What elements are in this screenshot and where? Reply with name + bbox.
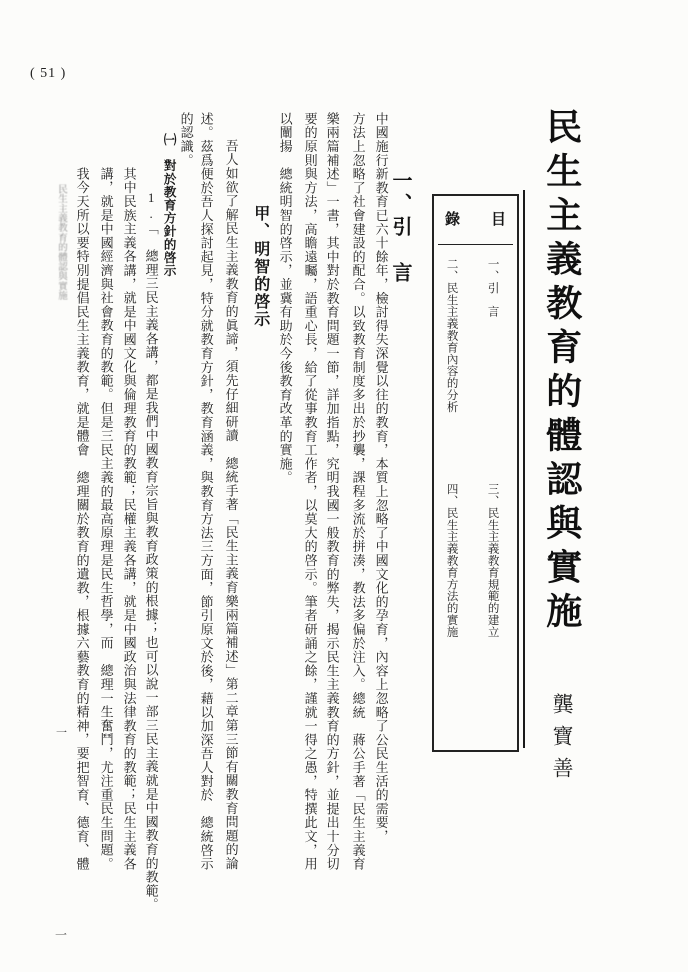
sub-heading-wise-revelation: 甲、明智的啓示 <box>251 205 268 328</box>
section-heading-introduction: 一、引 言 <box>389 170 410 285</box>
page-number: ( 51 ) <box>30 66 66 82</box>
quote-column: 1.「 總理三民主義各講，都是我們中國教育宗旨與教育政策的根據；也可以說一部三民… <box>144 190 158 912</box>
document-page: ( 51 ) 民生主義教育的體認與實施 龔寶善 目 錄 一、引 言 二、民生主義… <box>0 0 688 972</box>
author-name: 龔寶善 <box>551 693 573 789</box>
text-column: 以闡揚 總統明智的啓示，並冀有助於今後教育改革的實施。 <box>278 112 292 485</box>
text-column: 述。茲爲便於吾人探討起見，特分就教育方針，教育涵義，與教育方法三方面，節引原文於… <box>199 112 213 871</box>
title-divider-line <box>523 190 525 748</box>
text-column: 要的原則與方法，高瞻遠矚，語重心長，給了從事教育工作者，以莫大的啓示。筆者研誦之… <box>303 112 317 871</box>
quote-column: 其中民族主義各講，就是中國文化與倫理教育的教範；民權主義各講，就是中國政治與法律… <box>122 167 136 871</box>
text-column: 中國施行新教育已六十餘年，檢討得失深覺以往的教育，本質上忽略了中國文化的孕育，內… <box>374 112 388 843</box>
article-title: 民生主義教育的體認與實施 <box>542 108 580 636</box>
toc-item-4: 四、民生主義教育方法的實施 <box>445 483 458 638</box>
edge-dash-mark: 一 <box>56 724 67 740</box>
folio-mark: 一 <box>55 926 67 943</box>
toc-item-2: 二、民生主義教育內容的分析 <box>445 258 458 413</box>
quote-column: 我今天所以要特別提倡民生主義教育，就是體會 總理關於教育的遺教，根據六藝教育的精… <box>75 167 89 871</box>
toc-item-3: 三、民生主義教育規範的建立 <box>486 483 499 638</box>
toc-box: 目 錄 一、引 言 二、民生主義教育內容的分析 三、民生主義教育規範的建立 四、… <box>432 194 519 752</box>
text-column: 樂兩篇補述」一書，其中對於教育問題一節，詳加指點，究明我國一般教育的弊失，揭示民… <box>325 112 339 871</box>
toc-item-1: 一、引 言 <box>486 258 499 318</box>
text-column: 吾人如欲了解民生主義教育的眞諦，須先仔細研讀 總統手著「民生主義育樂兩篇補述」第… <box>224 139 238 870</box>
text-column: 的認識。 <box>179 112 193 167</box>
quote-column: 講，就是中國經濟與社會教育的教範。但是三民主義的最高原理是民生哲學，而 總理一生… <box>99 167 113 871</box>
text-column: 方法上忽略了社會建設的配合。以致教育制度多出於抄襲，課程多流於拼湊，教法多偏於注… <box>351 112 365 871</box>
sub-sub-heading-education-policy: ㈠ 對於教育方針的啓示 <box>162 133 175 277</box>
toc-header-char-lu: 錄 <box>445 208 460 229</box>
running-title: 民生主義教育的體認與實施 <box>55 184 65 300</box>
toc-header-char-mu: 目 <box>491 208 506 229</box>
toc-header: 目 錄 <box>438 196 513 245</box>
